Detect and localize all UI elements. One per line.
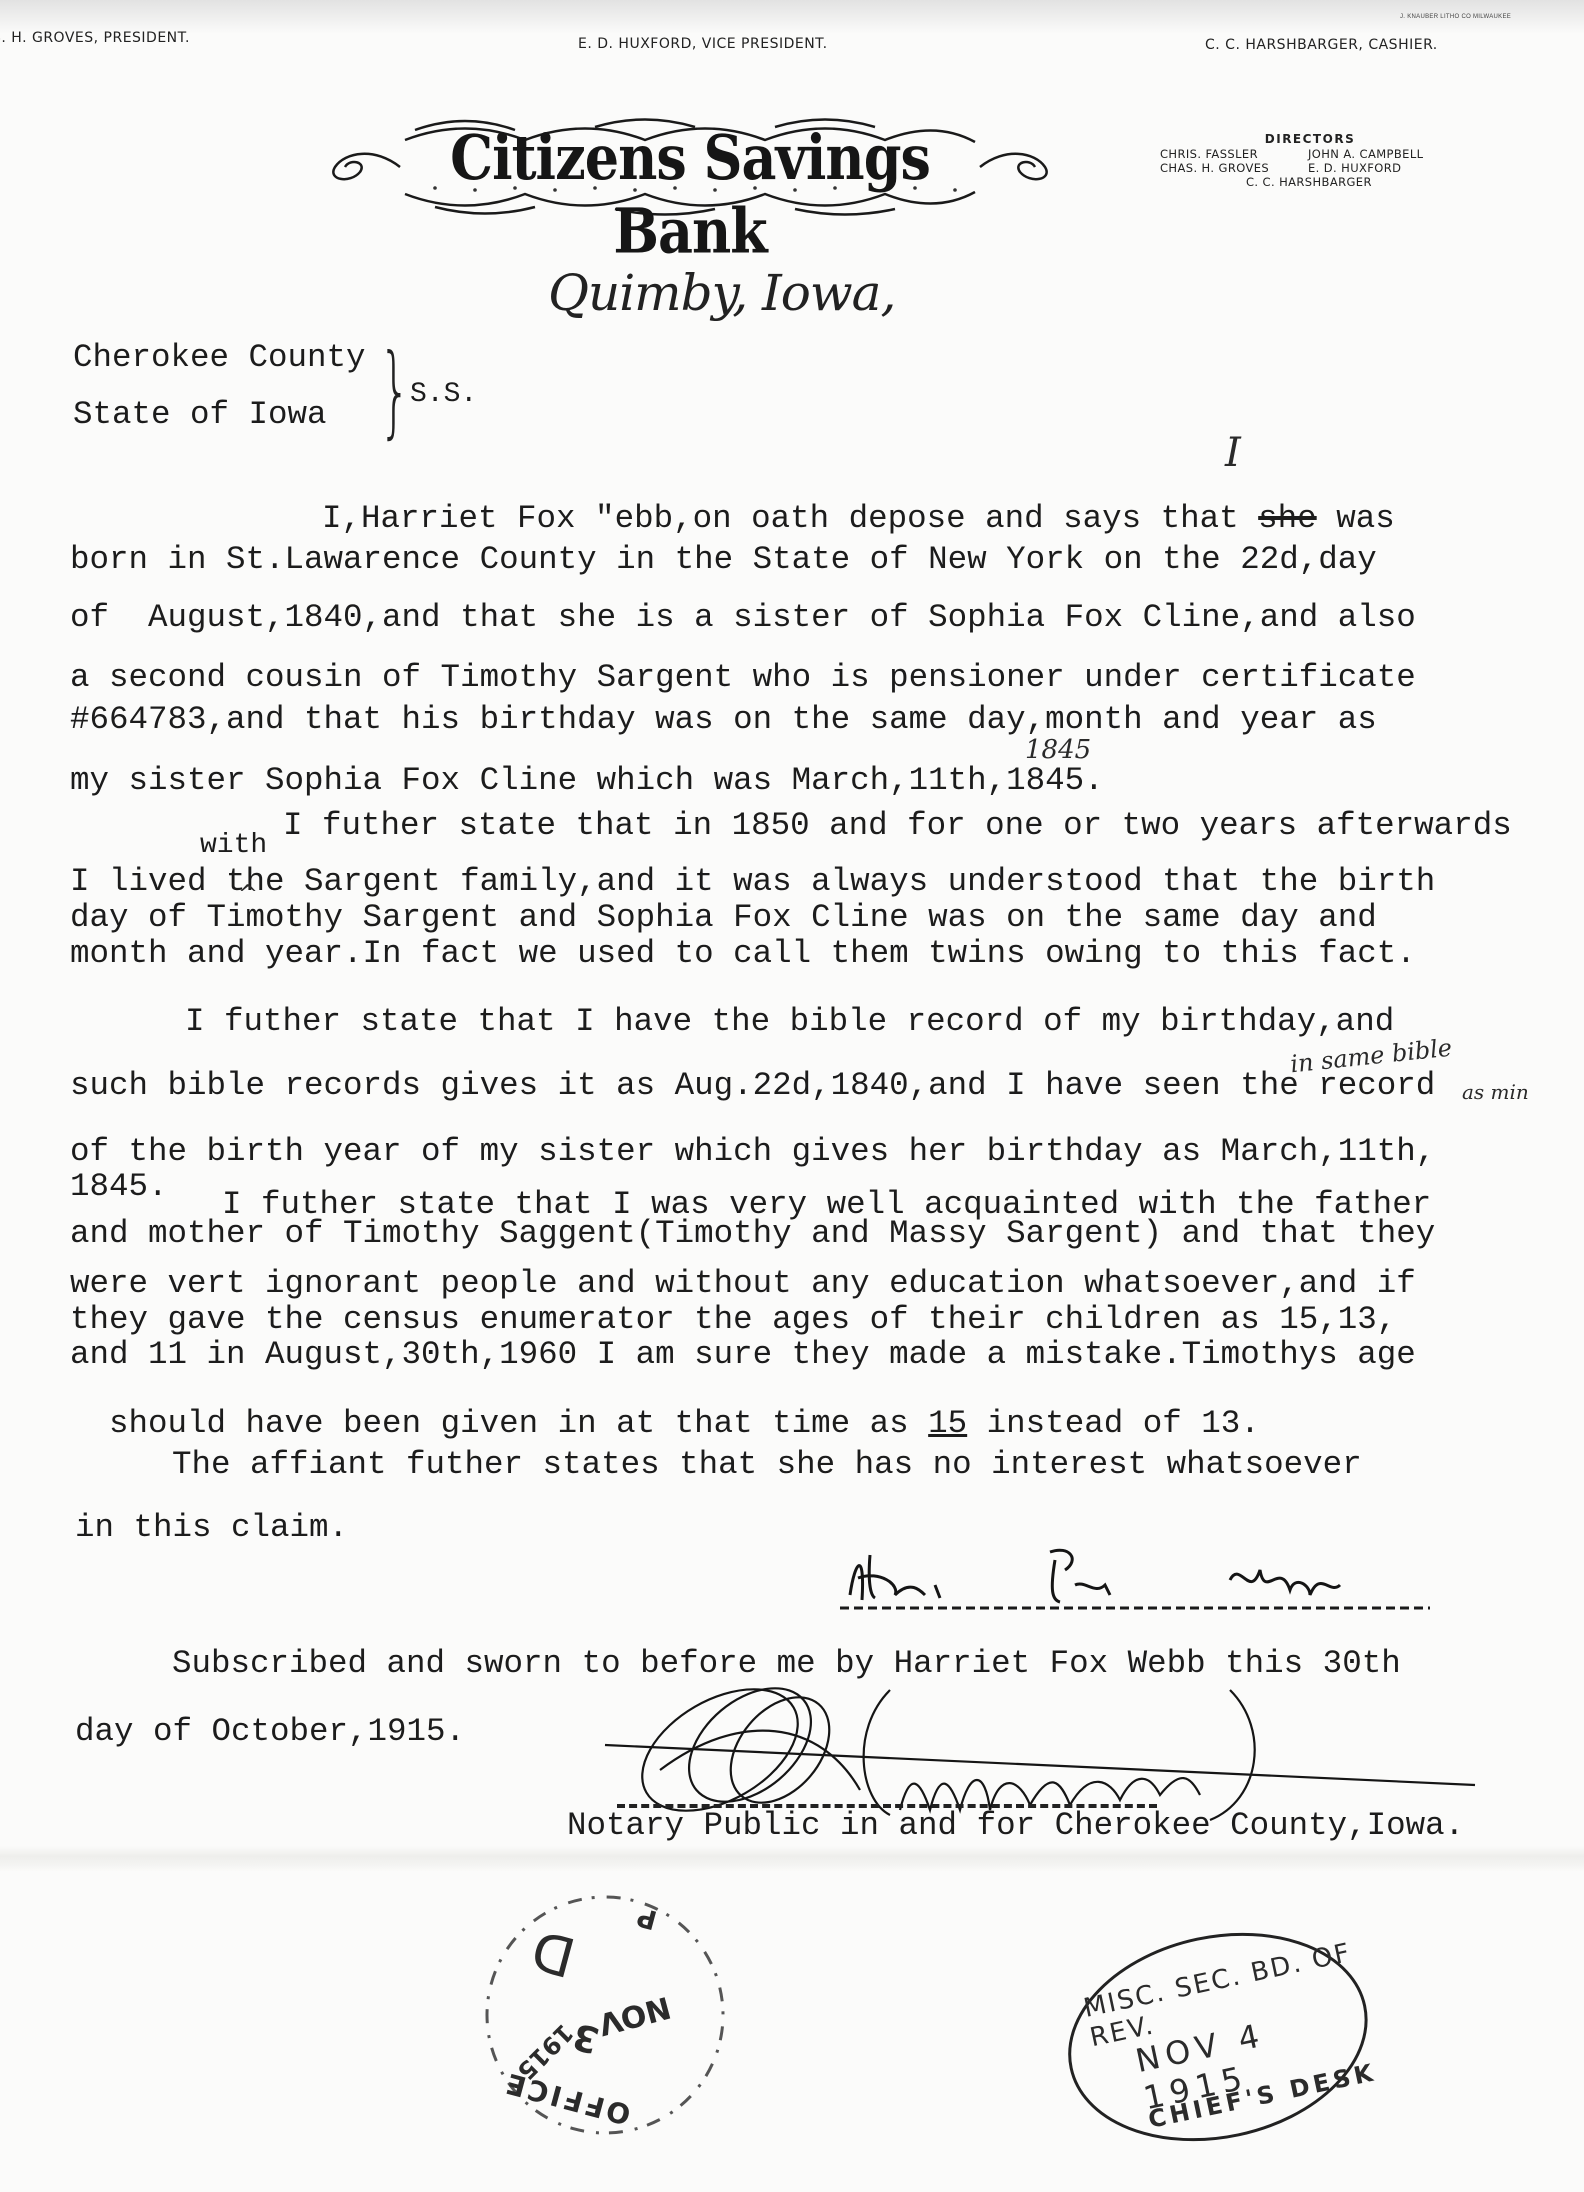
vice-president-line: E. D. HUXFORD, VICE PRESIDENT. [578, 36, 828, 52]
body-line: day of Timothy Sargent and Sophia Fox Cl… [70, 902, 1377, 935]
pension-office-stamp: OFFICE NOV 3 1915 P D [440, 1850, 771, 2181]
body-line: born in St.Lawarence County in the State… [70, 544, 1377, 577]
body-line: The affiant futher states that she has n… [172, 1449, 1362, 1482]
brace-icon: } [379, 332, 411, 449]
body-text: I,Harriet Fox "ebb,on oath depose and sa… [322, 500, 1258, 537]
director-name: JOHN A. CAMPBELL [1308, 147, 1423, 161]
body-line: #664783,and that his birthday was on the… [70, 704, 1377, 737]
body-line: a second cousin of Timothy Sargent who i… [70, 662, 1416, 695]
body-line: my sister Sophia Fox Cline which was Mar… [70, 765, 1104, 798]
handwritten-pronoun: I [1225, 430, 1241, 476]
paper-fold [0, 1846, 1584, 1872]
struck-word: she [1258, 500, 1317, 537]
underlined-age: 15 [928, 1405, 967, 1442]
typed-insert-with: with [200, 832, 267, 860]
body-line: I lived the Sargent family,and it was al… [70, 866, 1435, 899]
notary-title: Notary Public in and for Cherokee County… [567, 1810, 1464, 1843]
body-line: of August,1840,and that she is a sister … [70, 602, 1416, 635]
body-line: I futher state that I have the bible rec… [185, 1006, 1394, 1039]
misc-section-stamp: MISC. SEC. BD. OF REV. NOV 4 1915 CHIEF'… [1043, 1895, 1393, 2180]
body-line: such bible records gives it as Aug.22d,1… [70, 1070, 1435, 1103]
director-name: C. C. HARSHBARGER [1160, 175, 1500, 189]
body-line: were vert ignorant people and without an… [70, 1268, 1416, 1301]
president-line: S. H. GROVES, PRESIDENT. [0, 30, 190, 46]
director-name: CHAS. H. GROVES [1160, 161, 1308, 175]
scan-shadow [0, 0, 1584, 34]
affiant-signature: Harriet Fox Webb [840, 1540, 1440, 1625]
body-text: instead of 13. [967, 1405, 1260, 1442]
bank-location: Quimby, Iowa, [548, 264, 895, 322]
cashier-line: C. C. HARSHBARGER, CASHIER. [1205, 37, 1438, 53]
body-text: was [1317, 500, 1395, 537]
body-line-1: I,Harriet Fox "ebb,on oath depose and sa… [283, 470, 1395, 535]
bank-name: Citizens Savings Bank [400, 120, 980, 267]
venue-county: Cherokee County [73, 342, 366, 375]
lithographer-credit: J. KNAUBER LITHO CO MILWAUKEE [1400, 14, 1511, 20]
directors-title: DIRECTORS [1160, 132, 1500, 146]
bank-logo: Citizens Savings Bank [305, 112, 1075, 222]
body-text: should have been given in at that time a… [109, 1405, 928, 1442]
director-name: CHRIS. FASSLER [1160, 147, 1308, 161]
body-line: they gave the census enumerator the ages… [70, 1304, 1396, 1337]
signature-icon [840, 1540, 1440, 1620]
body-line: and mother of Timothy Saggent(Timothy an… [70, 1218, 1435, 1251]
jurat-line-2: day of October,1915. [75, 1716, 465, 1749]
handwritten-year: 1845 [1025, 735, 1091, 765]
venue-ss: S.S. [410, 381, 477, 409]
body-line: I futher state that in 1850 and for one … [283, 810, 1512, 843]
body-line: in this claim. [75, 1512, 348, 1545]
directors-block: DIRECTORS CHRIS. FASSLER JOHN A. CAMPBEL… [1160, 132, 1500, 189]
handwritten-as-min: as min [1462, 1080, 1529, 1104]
venue-state: State of Iowa [73, 399, 327, 432]
body-line: should have been given in at that time a… [70, 1375, 1260, 1440]
body-line: 1845. [70, 1171, 168, 1204]
director-name: E. D. HUXFORD [1308, 161, 1401, 175]
body-line: of the birth year of my sister which giv… [70, 1136, 1435, 1169]
body-line: month and year.In fact we used to call t… [70, 938, 1416, 971]
body-line: and 11 in August,30th,1960 I am sure the… [70, 1339, 1416, 1372]
